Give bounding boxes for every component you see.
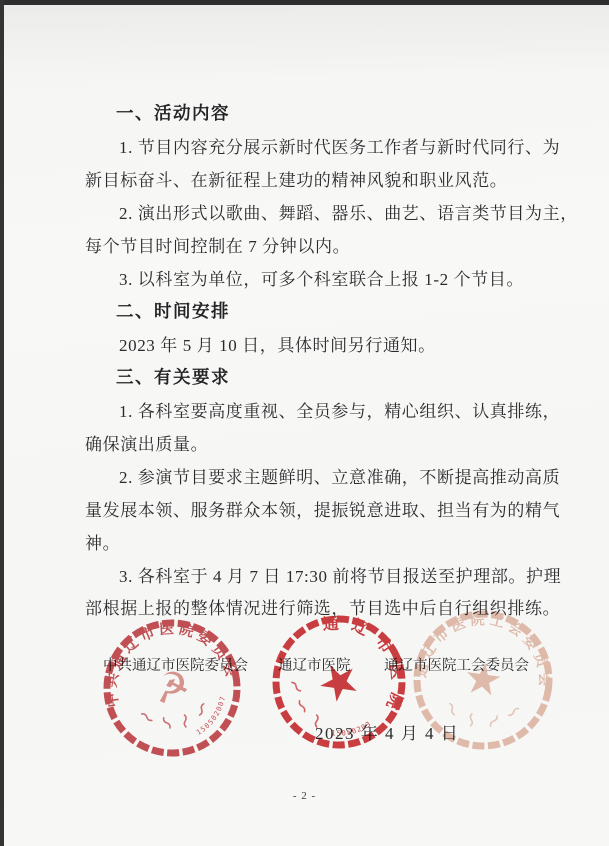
doc-line: 每个节目时间控制在 7 分钟以内。 xyxy=(85,232,350,257)
doc-line: 新目标奋斗、在新征程上建功的精神风貌和职业风范。 xyxy=(85,166,507,191)
svg-text:150502007: 150502007 xyxy=(189,693,234,737)
doc-line: 确保演出质量。 xyxy=(85,430,208,455)
section-heading-1: 一、活动内容 xyxy=(116,100,230,125)
doc-line: 3. 以科室为单位，可多个科室联合上报 1-2 个节目。 xyxy=(119,265,524,290)
doc-line: 2. 参演节目要求主题鲜明、立意准确，不断提高推动高质 xyxy=(119,463,560,488)
hospital-official-stamp: 通辽市医院 ★ 15050203 xyxy=(264,607,414,757)
section-heading-2: 二、时间安排 xyxy=(116,298,230,323)
doc-line: 3. 各科室于 4 月 7 日 17:30 前将节目报送至护理部。护理 xyxy=(119,562,561,587)
union-committee-stamp: 通辽市医院工会委员会 ★ xyxy=(408,605,558,755)
paper-shading xyxy=(4,5,609,75)
doc-line: 2023 年 5 月 10 日，具体时间另行通知。 xyxy=(119,331,436,356)
page-number: - 2 - xyxy=(0,790,609,802)
union-stamp-graphic: 通辽市医院工会委员会 ★ xyxy=(408,605,558,755)
doc-line: 2. 演出形式以歌曲、舞蹈、器乐、曲艺、语言类节目为主， xyxy=(119,199,578,224)
doc-line: 神。 xyxy=(85,529,120,554)
party-committee-stamp: 中共通辽市医院委员会 ☭ 150502007 xyxy=(97,613,247,763)
star-icon: ★ xyxy=(307,647,371,717)
doc-line: 1. 各科室要高度重视、全员参与，精心组织、认真排练， xyxy=(119,397,560,422)
party-stamp-graphic: 中共通辽市医院委员会 ☭ 150502007 xyxy=(97,613,247,763)
doc-line: 量发展本领、服务群众本领，提振锐意进取、担当有为的精气 xyxy=(85,496,560,521)
hammer-sickle-icon: ☭ xyxy=(150,662,195,714)
star-icon: ★ xyxy=(460,652,506,708)
stamp-serial-number: 150502007 xyxy=(189,693,234,737)
scanned-document-page: 一、活动内容 1. 节目内容充分展示新时代医务工作者与新时代同行、为 新目标奋斗… xyxy=(0,0,609,846)
hospital-stamp-graphic: 通辽市医院 ★ 15050203 xyxy=(264,607,414,757)
section-heading-3: 三、有关要求 xyxy=(116,364,230,389)
scan-edge-left xyxy=(0,0,4,846)
doc-line: 1. 节目内容充分展示新时代医务工作者与新时代同行、为 xyxy=(119,133,560,158)
